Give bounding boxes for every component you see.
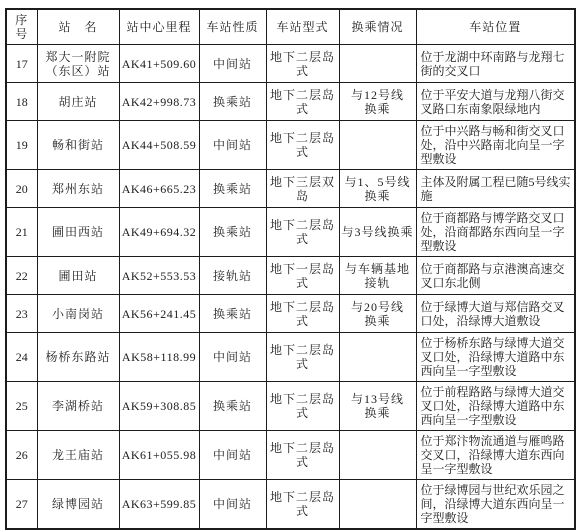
table-row: 26 龙王庙站 AK61+055.98 中间站 地下二层岛式 位于郑汴物流通道与… — [6, 431, 575, 480]
cell-location: 位于中兴路与畅和街交叉口处，沿中兴路南北向呈一字型敷设 — [416, 121, 575, 170]
cell-location: 位于商都路与博学路交叉口处，沿商都路东西向呈一字型敷设 — [416, 208, 575, 257]
cell-mileage: AK49+694.32 — [119, 208, 199, 257]
table-row: 19 畅和街站 AK44+508.59 中间站 地下二层岛式 位于中兴路与畅和街… — [6, 121, 575, 170]
cell-seq: 17 — [6, 45, 37, 83]
cell-transfer — [339, 333, 416, 382]
station-table-header: 序号 站 名 站中心里程 车站性质 车站型式 换乘情况 车站位置 — [6, 9, 575, 45]
table-row: 17 郑大一附院 （东区）站 AK41+509.60 中间站 地下二层岛式 位于… — [6, 45, 575, 83]
cell-nature: 换乘站 — [199, 83, 266, 121]
cell-mileage: AK58+118.99 — [119, 333, 199, 382]
cell-mileage: AK42+998.73 — [119, 83, 199, 121]
cell-seq: 27 — [6, 480, 37, 504]
cell-type: 地下二层岛式 — [266, 121, 339, 170]
table-row: 18 胡庄站 AK42+998.73 换乘站 地下二层岛式 与12号线 换乘 位… — [6, 83, 575, 121]
header-mileage: 站中心里程 — [119, 9, 199, 45]
cell-transfer: 与12号线 换乘 — [339, 83, 416, 121]
table-row: 20 郑州东站 AK46+665.23 换乘站 地下三层双岛 与1、5号线 换乘… — [6, 170, 575, 208]
cell-type: 地下二层岛式 — [266, 295, 339, 333]
cell-seq: 25 — [6, 382, 37, 431]
header-station-name: 站 名 — [37, 9, 119, 45]
cell-station-name: 畅和街站 — [37, 121, 119, 170]
cell-station-name: 绿博园站 — [37, 480, 119, 504]
cell-station-name: 龙王庙站 — [37, 431, 119, 480]
cell-location: 主体及附属工程已随5号线实施 — [416, 170, 575, 208]
cell-transfer — [339, 480, 416, 504]
cell-nature: 换乘站 — [199, 382, 266, 431]
cell-transfer: 与3号线换乘 — [339, 208, 416, 257]
header-seq: 序号 — [6, 9, 37, 45]
header-type: 车站型式 — [266, 9, 339, 45]
cell-location: 位于绿博大道与郑信路交叉口处，沿绿博大道敷设 — [416, 295, 575, 333]
cell-transfer: 与1、5号线 换乘 — [339, 170, 416, 208]
cell-station-name: 杨桥东路站 — [37, 333, 119, 382]
cell-location: 位于前程路路与绿博大道交叉口处，沿绿博大道路中东西向呈一字型敷设 — [416, 382, 575, 431]
cell-mileage: AK41+509.60 — [119, 45, 199, 83]
cell-type: 地下二层岛式 — [266, 431, 339, 480]
cell-mileage: AK61+055.98 — [119, 431, 199, 480]
table-row: 25 李湖桥站 AK59+308.85 换乘站 地下二层岛式 与13号线 换乘 … — [6, 382, 575, 431]
cell-type: 地下二层岛式 — [266, 480, 339, 504]
cell-transfer: 与车辆基地 接轨 — [339, 257, 416, 295]
header-transfer: 换乘情况 — [339, 9, 416, 45]
cell-location: 位于平安大道与龙翔八街交叉路口东南象限绿地内 — [416, 83, 575, 121]
cell-mileage: AK63+599.85 — [119, 480, 199, 504]
cell-location: 位于龙湖中环南路与龙翔七街的交叉口 — [416, 45, 575, 83]
station-table-body: 17 郑大一附院 （东区）站 AK41+509.60 中间站 地下二层岛式 位于… — [6, 45, 575, 504]
cell-seq: 22 — [6, 257, 37, 295]
cell-location: 位于商都路与京港澳高速交叉口东北侧 — [416, 257, 575, 295]
cell-nature: 中间站 — [199, 45, 266, 83]
table-row: 22 圃田站 AK52+553.53 接轨站 地下一层岛式 与车辆基地 接轨 位… — [6, 257, 575, 295]
cell-transfer: 与13号线 换乘 — [339, 382, 416, 431]
cell-station-name: 圃田站 — [37, 257, 119, 295]
cell-station-name: 李湖桥站 — [37, 382, 119, 431]
cell-type: 地下二层岛式 — [266, 83, 339, 121]
cell-nature: 换乘站 — [199, 295, 266, 333]
cell-nature: 中间站 — [199, 480, 266, 504]
station-table: 序号 站 名 站中心里程 车站性质 车站型式 换乘情况 车站位置 17 郑大一附… — [5, 8, 576, 503]
cell-type: 地下二层岛式 — [266, 382, 339, 431]
cell-nature: 换乘站 — [199, 170, 266, 208]
cell-station-name: 郑大一附院 （东区）站 — [37, 45, 119, 83]
cell-transfer — [339, 121, 416, 170]
cell-type: 地下三层双岛 — [266, 170, 339, 208]
cell-seq: 20 — [6, 170, 37, 208]
header-nature: 车站性质 — [199, 9, 266, 45]
cell-type: 地下一层岛式 — [266, 257, 339, 295]
cell-type: 地下二层岛式 — [266, 45, 339, 83]
table-row: 21 圃田西站 AK49+694.32 换乘站 地下二层岛式 与3号线换乘 位于… — [6, 208, 575, 257]
cell-nature: 接轨站 — [199, 257, 266, 295]
cell-station-name: 郑州东站 — [37, 170, 119, 208]
cell-location: 位于杨桥东路与绿博大道交叉口处，沿绿博大道路中东西向呈一字型敷设 — [416, 333, 575, 382]
header-row: 序号 站 名 站中心里程 车站性质 车站型式 换乘情况 车站位置 — [6, 9, 575, 45]
cell-transfer — [339, 431, 416, 480]
cell-location: 位于绿博园与世纪欢乐园之间，沿绿博大道东西向呈一字型敷设 — [416, 480, 575, 504]
cell-seq: 23 — [6, 295, 37, 333]
cell-station-name: 小南岗站 — [37, 295, 119, 333]
cell-mileage: AK59+308.85 — [119, 382, 199, 431]
cell-seq: 18 — [6, 83, 37, 121]
cell-nature: 换乘站 — [199, 208, 266, 257]
cell-nature: 中间站 — [199, 121, 266, 170]
cell-station-name: 圃田西站 — [37, 208, 119, 257]
cell-transfer — [339, 45, 416, 83]
cell-mileage: AK46+665.23 — [119, 170, 199, 208]
cell-mileage: AK52+553.53 — [119, 257, 199, 295]
cell-type: 地下二层岛式 — [266, 208, 339, 257]
cell-seq: 24 — [6, 333, 37, 382]
cell-seq: 21 — [6, 208, 37, 257]
cell-type: 地下二层岛式 — [266, 333, 339, 382]
table-row: 24 杨桥东路站 AK58+118.99 中间站 地下二层岛式 位于杨桥东路与绿… — [6, 333, 575, 382]
cell-nature: 中间站 — [199, 431, 266, 480]
cell-seq: 26 — [6, 431, 37, 480]
cell-mileage: AK44+508.59 — [119, 121, 199, 170]
cell-station-name: 胡庄站 — [37, 83, 119, 121]
cell-seq: 19 — [6, 121, 37, 170]
header-location: 车站位置 — [416, 9, 575, 45]
table-row: 23 小南岗站 AK56+241.45 换乘站 地下二层岛式 与20号线 换乘 … — [6, 295, 575, 333]
cell-nature: 中间站 — [199, 333, 266, 382]
cell-transfer: 与20号线 换乘 — [339, 295, 416, 333]
cell-mileage: AK56+241.45 — [119, 295, 199, 333]
table-row: 27 绿博园站 AK63+599.85 中间站 地下二层岛式 位于绿博园与世纪欢… — [6, 480, 575, 504]
cell-location: 位于郑汴物流通道与雁鸣路交叉口，沿绿博大道东西向呈一字型敷设 — [416, 431, 575, 480]
